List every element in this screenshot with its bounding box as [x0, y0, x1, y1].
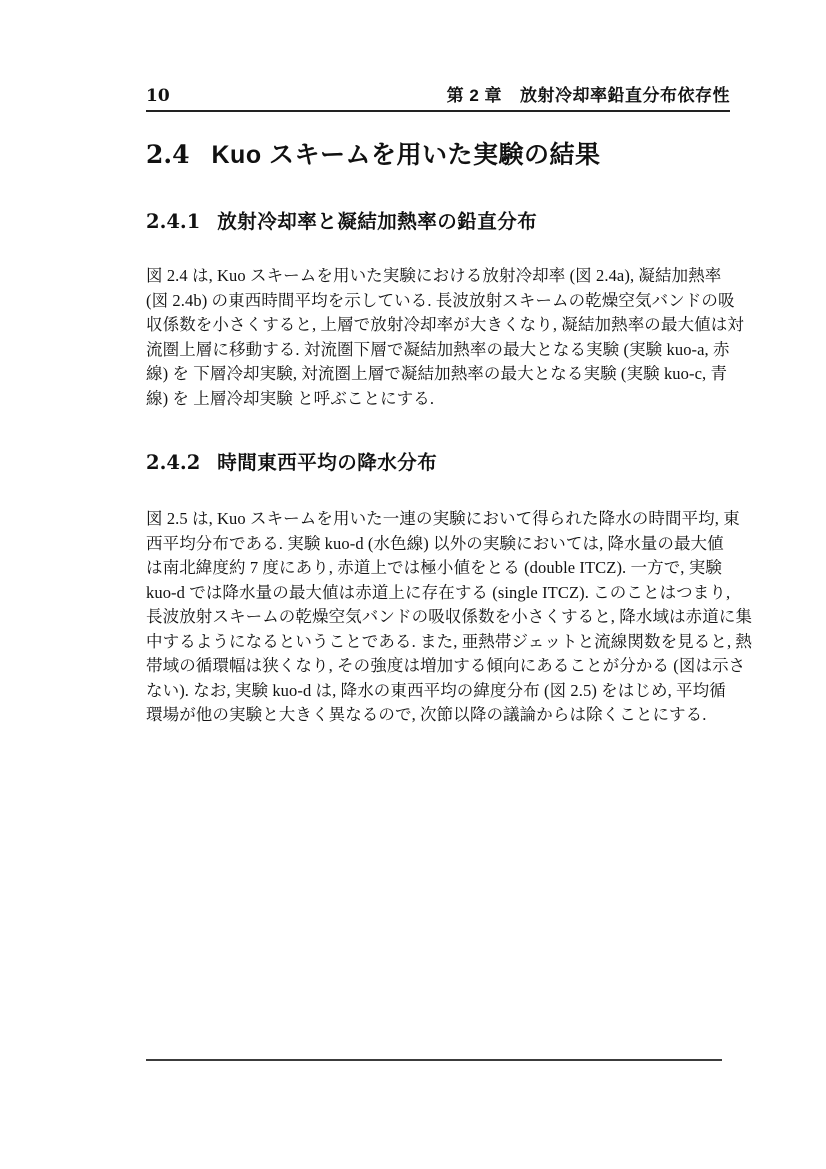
chapter-header: 第 2 章 放射冷却率鉛直分布依存性	[447, 86, 730, 106]
chapter-label: 第 2 章	[447, 86, 502, 106]
footer-rule	[146, 1059, 722, 1061]
running-header: 10 第 2 章 放射冷却率鉛直分布依存性	[146, 86, 730, 106]
page-number: 10	[146, 86, 170, 106]
document-page: 10 第 2 章 放射冷却率鉛直分布依存性 2.4 Kuo スキームを用いた実験…	[0, 0, 826, 1169]
body-line: 図 2.5 は, Kuo スキームを用いた一連の実験において得られた降水の時間平…	[146, 507, 736, 532]
body-line: 収係数を小さくすると, 上層で放射冷却率が大きくなり, 凝結加熱率の最大値は対	[146, 313, 736, 338]
body-line: 帯域の循環幅は狭くなり, その強度は増加する傾向にあることが分かる (図は示さ	[146, 654, 736, 679]
body-line: 環場が他の実験と大きく異なるので, 次節以降の議論からは除くことにする.	[146, 703, 736, 728]
subsection-number: 2.4.1	[146, 209, 200, 234]
body-line: (図 2.4b) の東西時間平均を示している. 長波放射スキームの乾燥空気バンド…	[146, 289, 736, 314]
body-line: kuo-d では降水量の最大値は赤道上に存在する (single ITCZ). …	[146, 581, 736, 606]
chapter-title: 放射冷却率鉛直分布依存性	[520, 86, 730, 106]
body-line: 流圏上層に移動する. 対流圏下層で凝結加熱率の最大となる実験 (実験 kuo-a…	[146, 338, 736, 363]
paragraph-2: 図 2.5 は, Kuo スキームを用いた一連の実験において得られた降水の時間平…	[146, 507, 736, 728]
body-line: は南北緯度約 7 度にあり, 赤道上では極小値をとる (double ITCZ)…	[146, 556, 736, 581]
section-heading-2-4: 2.4 Kuo スキームを用いた実験の結果	[146, 139, 746, 171]
body-line: 図 2.4 は, Kuo スキームを用いた実験における放射冷却率 (図 2.4a…	[146, 264, 736, 289]
section-title: Kuo スキームを用いた実験の結果	[212, 139, 601, 171]
body-line: 線) を 上層冷却実験 と呼ぶことにする.	[146, 387, 736, 412]
subsection-heading-2-4-1: 2.4.1 放射冷却率と凝結加熱率の鉛直分布	[146, 209, 746, 235]
subsection-title: 時間東西平均の降水分布	[217, 451, 437, 476]
body-line: 中するようになるということである. また, 亜熱帯ジェットと流線関数を見ると, …	[146, 630, 736, 655]
subsection-heading-2-4-2: 2.4.2 時間東西平均の降水分布	[146, 450, 746, 476]
subsection-title: 放射冷却率と凝結加熱率の鉛直分布	[217, 210, 537, 235]
body-line: ない). なお, 実験 kuo-d は, 降水の東西平均の緯度分布 (図 2.5…	[146, 679, 736, 704]
paragraph-1: 図 2.4 は, Kuo スキームを用いた実験における放射冷却率 (図 2.4a…	[146, 264, 736, 411]
header-rule	[146, 110, 730, 112]
body-line: 線) を 下層冷却実験, 対流圏上層で凝結加熱率の最大となる実験 (実験 kuo…	[146, 362, 736, 387]
section-number: 2.4	[146, 139, 190, 171]
subsection-number: 2.4.2	[146, 450, 200, 475]
body-line: 長波放射スキームの乾燥空気バンドの吸収係数を小さくすると, 降水域は赤道に集	[146, 605, 736, 630]
body-line: 西平均分布である. 実験 kuo-d (水色線) 以外の実験においては, 降水量…	[146, 532, 736, 557]
